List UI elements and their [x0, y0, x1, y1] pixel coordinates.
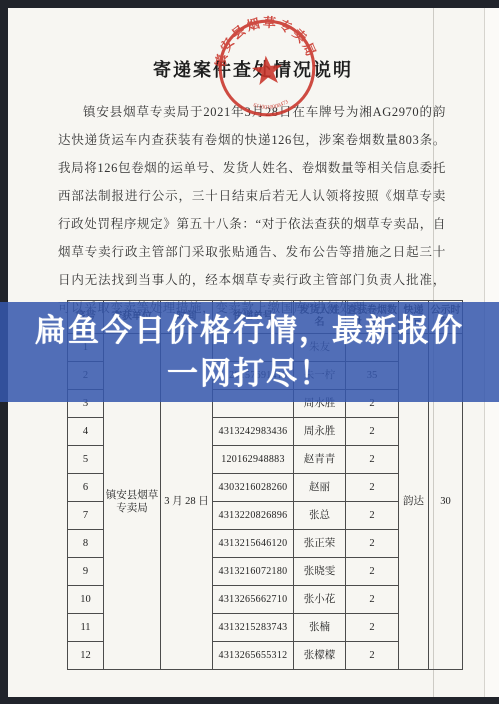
cell-tracking: 4313215283743 [213, 614, 294, 642]
cell-seq: 7 [68, 502, 104, 530]
cell-sender-name: 张总 [294, 502, 346, 530]
cell-seq: 12 [68, 642, 104, 670]
cell-seq: 10 [68, 586, 104, 614]
document-header: 寄递案件查处情况说明 [58, 56, 448, 82]
cell-tracking: 4313242983436 [213, 418, 294, 446]
cell-tracking: 4313265655312 [213, 642, 294, 670]
cell-sender-name: 张正荣 [294, 530, 346, 558]
cell-tracking: 4313265662710 [213, 586, 294, 614]
cell-seq: 8 [68, 530, 104, 558]
cell-qty: 2 [346, 446, 399, 474]
cell-tracking: 4303216028260 [213, 474, 294, 502]
cell-sender-name: 张檬檬 [294, 642, 346, 670]
cell-tracking: 4313220826896 [213, 502, 294, 530]
document-body-paragraph: 镇安县烟草专卖局于2021年3月28日在车牌号为湘AG2970的韵达快递货运车内… [58, 98, 446, 322]
cell-qty: 2 [346, 474, 399, 502]
cell-qty: 2 [346, 530, 399, 558]
cell-seq: 5 [68, 446, 104, 474]
cell-tracking: 120162948883 [213, 446, 294, 474]
cell-sender-name: 张楠 [294, 614, 346, 642]
cell-qty: 2 [346, 558, 399, 586]
cell-tracking: 4313216072180 [213, 558, 294, 586]
cell-sender-name: 张小花 [294, 586, 346, 614]
cell-qty: 2 [346, 418, 399, 446]
cell-sender-name: 张晓雯 [294, 558, 346, 586]
cell-seq: 9 [68, 558, 104, 586]
document-title: 寄递案件查处情况说明 [58, 56, 448, 82]
cell-sender-name: 赵青青 [294, 446, 346, 474]
cell-qty: 2 [346, 502, 399, 530]
cell-qty: 2 [346, 586, 399, 614]
cell-seq: 11 [68, 614, 104, 642]
cell-qty: 2 [346, 642, 399, 670]
cell-sender-name: 周永胜 [294, 418, 346, 446]
cell-tracking: 4313215646120 [213, 530, 294, 558]
banner-text-line1: 扁鱼今日价格行情，最新报价 [0, 309, 499, 352]
cell-seq: 6 [68, 474, 104, 502]
promo-banner-overlay: 扁鱼今日价格行情，最新报价 一网打尽！ [0, 302, 499, 402]
cell-seq: 4 [68, 418, 104, 446]
banner-text-line2: 一网打尽！ [0, 352, 499, 395]
cell-qty: 2 [346, 614, 399, 642]
cell-sender-name: 赵丽 [294, 474, 346, 502]
